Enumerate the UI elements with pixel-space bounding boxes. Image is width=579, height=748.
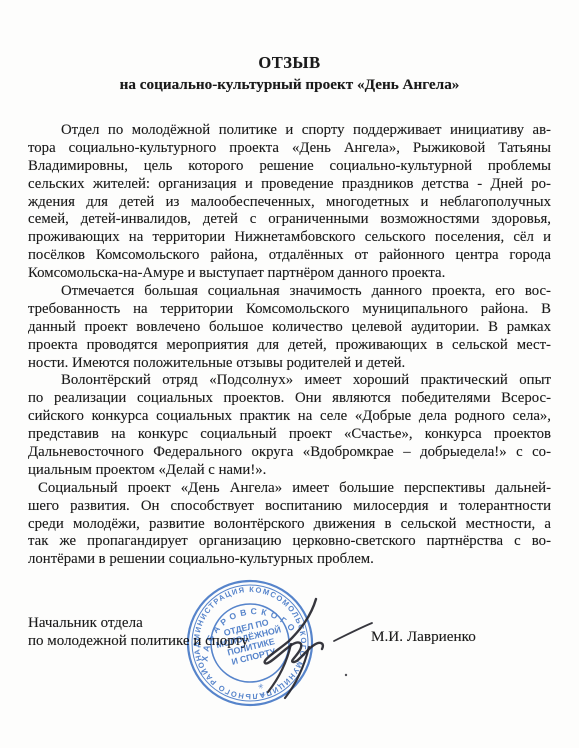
scanned-document-page: ОТЗЫВ на социально-культурный проект «Де…	[0, 0, 579, 748]
text-line: требованность на территории Комсомольско…	[28, 301, 551, 319]
text-line: циальным проектом «Делай с нами!».	[28, 462, 551, 480]
text-line: Волонтёрский отряд «Подсолнух» имеет хор…	[28, 372, 551, 390]
text-line: посёлков Комсомольского района, отдалённ…	[28, 247, 551, 265]
text-line: Дальневосточного Федерального округа «Вд…	[28, 444, 551, 462]
text-line: проживающих на территории Нижнетамбовско…	[28, 229, 551, 247]
signature-ink	[334, 623, 372, 641]
text-line: среди молодёжи, развитие волонтёрского д…	[28, 516, 551, 534]
text-line: ждения для детей из малообеспеченных, мн…	[28, 194, 551, 212]
text-line: данный проект вовлечено большое количест…	[28, 319, 551, 337]
text-line: так же пропагандирует организацию церков…	[28, 533, 551, 551]
signatory-name: М.И. Лавриенко	[371, 628, 476, 646]
ink-dot	[345, 674, 347, 676]
text-line: сийского конкурса социальных практик на …	[28, 408, 551, 426]
text-line: проекта проводятся мероприятия для детей…	[28, 337, 551, 355]
text-line: представив на конкурс социальный проект …	[28, 426, 551, 444]
text-line: по реализации социальных проектов. Они я…	[28, 390, 551, 408]
text-line: сельских жителей: организация и проведен…	[28, 176, 551, 194]
document-title: ОТЗЫВ	[0, 53, 579, 73]
document-header: ОТЗЫВ на социально-культурный проект «Де…	[0, 53, 579, 95]
text-line: Отмечается большая социальная значимость…	[28, 283, 551, 301]
text-line: ности. Имеются положительные отзывы роди…	[28, 355, 551, 373]
text-line: Владимировны, цель которого решение соци…	[28, 158, 551, 176]
text-line: шего развития. Он способствует воспитани…	[28, 498, 551, 516]
text-line: Комсомольска-на-Амуре и выступает партнё…	[28, 265, 551, 283]
stamp-mark: ✳	[257, 682, 265, 691]
document-body: Отдел по молодёжной политике и спорту по…	[28, 122, 551, 569]
official-stamp: АДМИНИСТРАЦИЯ КОМСОМОЛЬСКОГО МУНИЦИПАЛЬН…	[159, 552, 341, 734]
paragraph: Отдел по молодёжной политике и спорту по…	[28, 122, 551, 283]
text-line: семей, детей-инвалидов, детей с ограниче…	[28, 211, 551, 229]
paragraph: Отмечается большая социальная значимость…	[28, 283, 551, 372]
text-line: Отдел по молодёжной политике и спорту по…	[28, 122, 551, 140]
text-line: тора социально-культурного проекта «День…	[28, 140, 551, 158]
document-subtitle: на социально-культурный проект «День Анг…	[0, 75, 579, 95]
text-line: Социальный проект «День Ангела» имеет бо…	[28, 480, 551, 498]
paragraph: Волонтёрский отряд «Подсолнух» имеет хор…	[28, 372, 551, 479]
